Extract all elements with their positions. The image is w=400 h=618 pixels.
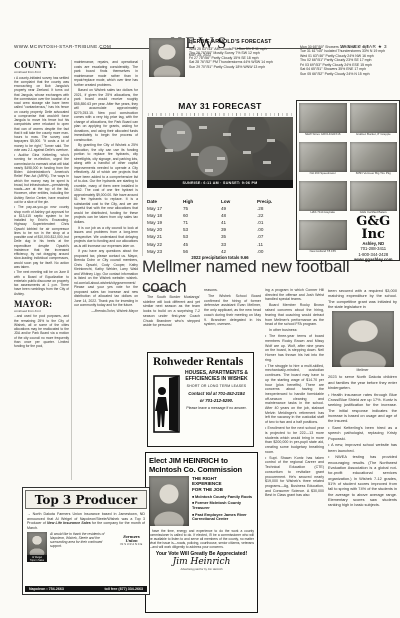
paragraph: been secured with a required $3,000 matc… xyxy=(328,288,397,309)
table-cell: 42 xyxy=(221,248,257,255)
weigel-photo xyxy=(27,532,47,555)
equipment-photo xyxy=(350,142,398,172)
paragraph: Based on Wishek sales tax dollars for 20… xyxy=(74,88,138,142)
photo-caption: Mellmer xyxy=(328,368,397,372)
table-cell: 53 xyxy=(183,226,221,233)
may31-title: MAY 31 FORECAST xyxy=(147,101,293,111)
equipment-caption: NEW Sitrex GRX14/GRX16 xyxy=(299,133,347,137)
table-header: Precip. xyxy=(257,198,293,205)
table-cell: .11 xyxy=(257,241,293,248)
top3-producer-ad: Top 3 Producer → North Dakota Farmers Un… xyxy=(22,487,150,595)
table-cell: .00 xyxy=(257,248,293,255)
table-cell: May 18 xyxy=(147,212,183,219)
column-rule xyxy=(142,60,143,256)
heinrich-header-line2: McIntosh Co. Commission xyxy=(149,465,254,474)
map-scale-bar xyxy=(148,113,292,117)
heinrich-header-line1: Elect JIM HEINRICH to xyxy=(149,456,254,465)
paragraph: • Enrollment for the next school year is… xyxy=(265,426,324,454)
table-cell: 45 xyxy=(183,241,221,248)
table-cell: .01 xyxy=(257,219,293,226)
rohweder-line: Please leave a message if no answer. xyxy=(183,406,250,410)
table-cell: 41 xyxy=(221,219,257,226)
article-col3: ing a program in which Conner Hill direc… xyxy=(265,288,324,499)
county-article-col1: COUNTY: continued from front • A county-… xyxy=(14,60,69,350)
mayor-signature: —Brenda Dohn, Wishek Mayor xyxy=(74,309,138,313)
rohweder-line: HOUSES, APARTMENTS & EFFICIENCIES IN WIS… xyxy=(183,370,250,382)
equipment-listing: NH 260 Speedrower xyxy=(298,141,349,180)
top3-phone-bar: Napoleon • 754-2663 toll free (877) 334-… xyxy=(25,586,147,592)
paragraph: • A county-initiated survey has settled … xyxy=(14,76,69,153)
rohweder-title: Rohweder Rentals xyxy=(153,356,250,368)
paragraph: In other business: xyxy=(265,328,324,333)
qualification-item: McIntosh County Family Roots xyxy=(192,495,254,500)
paragraph: reasons. xyxy=(204,288,261,293)
gg-company-name: G&G Inc xyxy=(350,215,398,241)
table-cell: .28 xyxy=(257,205,293,212)
equipment-photo xyxy=(299,181,347,211)
paragraph: maintenance, repairs, and operational co… xyxy=(74,60,138,87)
table-cell: 48 xyxy=(221,212,257,219)
table-header: High xyxy=(183,198,221,205)
qualification-item: Former McIntosh County Treasurer xyxy=(192,501,254,510)
article-col1: The South Border Mustangs' sideline will… xyxy=(143,295,200,329)
paragraph: • The pay-as-you-go new county shop nort… xyxy=(14,205,69,269)
paragraph: ...and used for pool purposes, and the r… xyxy=(14,314,69,348)
equipment-caption: 605N Vermeer Big Tire Pkg xyxy=(350,172,398,176)
top3-body: → North Dakota Farmers Union Insurance b… xyxy=(23,511,149,530)
gg-logo-block: G&G Inc Ashley, ND 701-288-3411 1-800-34… xyxy=(348,219,399,258)
masthead-url: WWW.MCINTOSH-STAR-TRIBUNE.COM xyxy=(14,44,111,49)
table-cell: 53 xyxy=(183,233,221,240)
equipment-photo xyxy=(299,103,347,133)
weigel-caption: Al Weigel Tops in Sales xyxy=(27,555,47,562)
heinrich-statement: I have the time, energy and experience t… xyxy=(149,529,254,549)
paragraph: • Health insurance rates through Blue Cr… xyxy=(328,392,397,424)
equipment-photo xyxy=(299,142,347,172)
rohweder-phone: Contact Val at 701-452-2184 xyxy=(183,391,250,396)
equipment-listing: H&S 7114 Hayrake xyxy=(298,180,349,219)
table-cell: 75 xyxy=(183,205,221,212)
paragraph: • Supt. Shawn Kuntz has taken control of… xyxy=(265,456,324,498)
article-col2: reasons. The Wishek School Board confirm… xyxy=(204,288,261,328)
table-cell: May 20 xyxy=(147,226,183,233)
equipment-caption: New Holland T8 155 xyxy=(299,250,347,254)
forecast-right-column: Mon 30 65°/50° Showers 37% NNW 17 mph Tu… xyxy=(300,45,398,76)
table-cell: May 22 xyxy=(147,241,183,248)
heinrich-photo xyxy=(149,476,189,526)
door-person-icon xyxy=(153,375,180,433)
top3-body-emphasis: New Life Insurance Sales xyxy=(47,521,91,525)
equipment-listing: G&G Certified Balers xyxy=(348,180,399,219)
rohweder-phone: or 701-212-5290. xyxy=(183,398,250,403)
newspaper-page: WWW.MCINTOSH-STAR-TRIBUNE.COM NEWS MAY 2… xyxy=(0,0,400,618)
mayor-article: MAYOR: continued from front ...and used … xyxy=(14,299,69,349)
gg-inc-ad: NEW Sitrex GRX14/GRX16 Grabtec Bucket, 8… xyxy=(296,100,400,261)
table-cell: May 21 xyxy=(147,233,183,240)
equipment-listing: NEW Sitrex GRX14/GRX16 xyxy=(298,102,349,141)
top3-phone-local: Napoleon • 754-2663 xyxy=(29,587,64,591)
forecaster-photo xyxy=(149,38,185,77)
table-cell: 56 xyxy=(183,248,221,255)
paragraph: ing a program in which Conner Hill direc… xyxy=(265,288,324,302)
equipment-listing: Grabtec Bucket, 8' Grapple xyxy=(348,102,399,141)
mayor-headline: MAYOR: xyxy=(14,299,69,309)
equipment-listing: 605N Vermeer Big Tire Pkg xyxy=(348,141,399,180)
table-cell: May 19 xyxy=(147,219,183,226)
rohweder-line: SHORT OR LONG TERM LEASES xyxy=(183,384,250,388)
paragraph: • The next meeting will be on June 8 wit… xyxy=(14,270,69,296)
top3-thanks-text: Al would like to thank the residents of … xyxy=(50,532,115,548)
column-rule xyxy=(71,60,72,480)
paragraph: • The struggle to hire a multi-skilled, … xyxy=(265,364,324,425)
top3-phone-tollfree: toll free (877) 334-2663 xyxy=(104,587,143,591)
weigel-photo-block: Al Weigel Tops in Sales xyxy=(27,532,47,562)
paragraph: • The three-year terms of board members … xyxy=(265,334,324,362)
table-cell: 33 xyxy=(221,241,257,248)
table-cell: May 17 xyxy=(147,205,183,212)
mellmer-photo xyxy=(332,311,394,367)
table-cell: .00 xyxy=(257,226,293,233)
forecast-line: Sun 05 66°/52° Partly Cloudy 24% N 15 mp… xyxy=(300,72,398,76)
article-col4: been secured with a required $3,000 matc… xyxy=(328,288,397,509)
table-cell: May 23 xyxy=(147,248,183,255)
paragraph: • A new, improved school website has bee… xyxy=(328,442,397,453)
sunrise-sunset-bar: SUNRISE: 6:11 AM · SUNSET: 9:06 PM xyxy=(147,180,293,188)
table-cell: 60 xyxy=(183,212,221,219)
continued-note: continued from front xyxy=(14,70,69,74)
paragraph: • NWEA testing has provided encouraging … xyxy=(328,454,397,507)
equipment-listing: New Holland T8 155 xyxy=(298,219,349,258)
equipment-caption: H&S 7114 Hayrake xyxy=(299,211,347,215)
qualification-item: Past Employee James River Correctional C… xyxy=(192,513,254,522)
table-cell: 49 xyxy=(221,205,257,212)
paragraph: The Wishek School Board confirmed the hi… xyxy=(204,294,261,327)
paragraph: It is our job as a city council to look … xyxy=(74,226,138,249)
paragraph: If you have any questions about the prop… xyxy=(74,249,138,308)
paragraph: • Auditor Gina Ketterling, who's running… xyxy=(14,153,69,204)
us-weather-map xyxy=(147,117,293,180)
paragraph: Board Member Rocky Brown raised concerns… xyxy=(265,303,324,327)
paragraph: 2023 to serve North Dakota children and … xyxy=(328,374,397,390)
heinrich-election-ad: Elect JIM HEINRICH to McIntosh Co. Commi… xyxy=(145,452,258,613)
heinrich-qualifications: McIntosh County Family Roots Former McIn… xyxy=(192,495,254,522)
weather-table: Date High Low Precip. May 17 75 49 .28 M… xyxy=(147,198,293,260)
paragraph: By granting the City of Wishek a 25% all… xyxy=(74,143,138,224)
table-cell: 35 xyxy=(221,233,257,240)
may31-forecast-box: MAY 31 FORECAST SUNRISE: 6:11 AM · SUNSE… xyxy=(147,101,293,188)
heinrich-signature: Jim Heinrich xyxy=(149,557,254,567)
table-cell: 71 xyxy=(183,219,221,226)
table-header: Date xyxy=(147,198,183,205)
table-header: Low xyxy=(221,198,257,205)
top3-title: Top 3 Producer xyxy=(25,490,147,509)
farmers-union-logo: Farmers Union INSURANCE xyxy=(118,535,145,546)
rohweder-rentals-ad: Rohweder Rentals HOUSES, APARTMENTS & EF… xyxy=(147,352,254,447)
ad-disclaimer: Advertising paid for by Jim Heinrich xyxy=(149,568,254,571)
county-headline: COUNTY: xyxy=(14,60,69,70)
equipment-photo xyxy=(299,220,347,250)
paragraph: • Sami Ketterling's been hired as a spee… xyxy=(328,425,397,441)
table-cell: 39 xyxy=(221,226,257,233)
equipment-caption: Grabtec Bucket, 8' Grapple xyxy=(350,133,398,137)
heinrich-vote-line: Your Vote Will Greatly Be Appreciated! xyxy=(149,551,254,557)
forecast-box: HERBIE ARNOLD'S FORECAST Wed 25 63°/43° … xyxy=(147,36,398,99)
paragraph: The South Border Mustangs' sideline will… xyxy=(143,295,200,328)
rohweder-body: HOUSES, APARTMENTS & EFFICIENCIES IN WIS… xyxy=(183,370,250,410)
table-cell: .22 xyxy=(257,212,293,219)
equipment-caption: NH 260 Speedrower xyxy=(299,172,347,176)
heinrich-header: Elect JIM HEINRICH to McIntosh Co. Commi… xyxy=(149,456,254,474)
heinrich-tagline: FOR THE JOB xyxy=(192,487,254,492)
article-byline: by Tony Bender xyxy=(143,288,171,292)
equipment-photo xyxy=(350,103,398,133)
table-cell: .07 xyxy=(257,233,293,240)
county-article-col2: maintenance, repairs, and operational co… xyxy=(74,60,138,313)
continued-note: continued from front xyxy=(14,309,69,313)
equipment-photo xyxy=(350,181,398,211)
